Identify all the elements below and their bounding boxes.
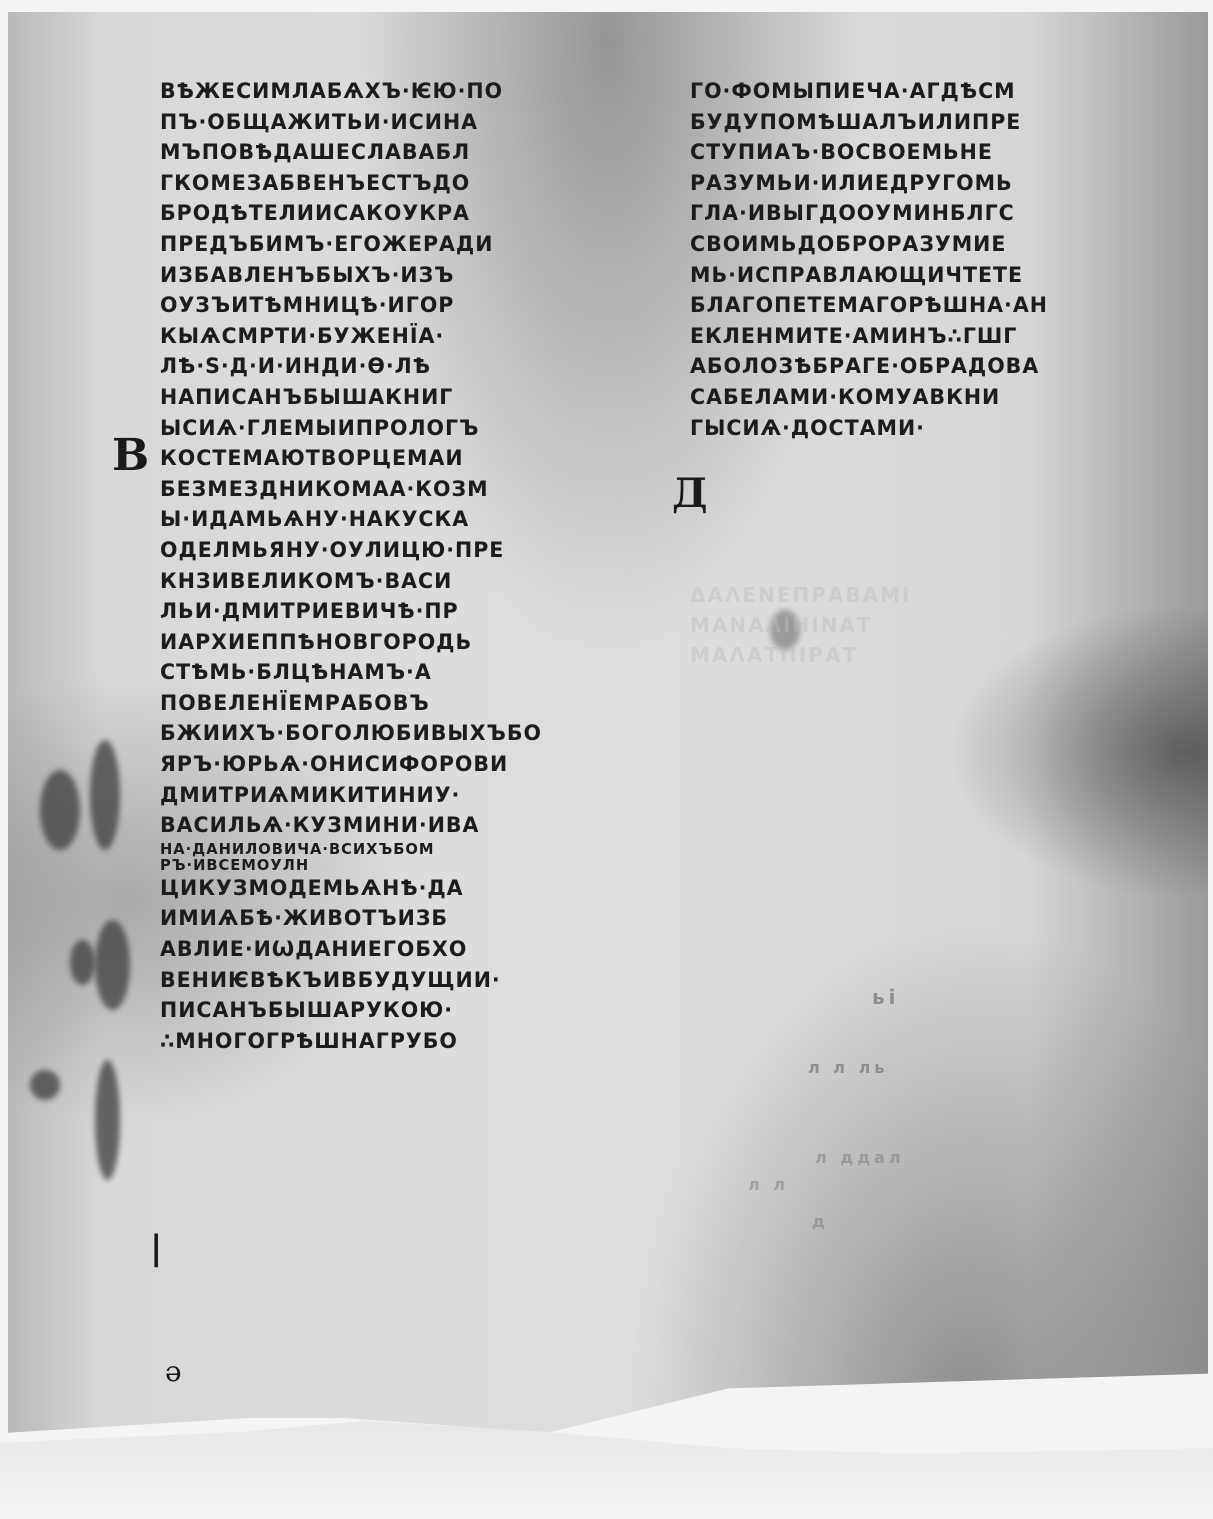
text-line: писанъбышарукою· — [160, 995, 630, 1026]
text-line: ∴многогрѣшнагрубо — [160, 1026, 630, 1057]
text-line: го·фомыпиеча·агдѣсм — [690, 76, 1160, 107]
text-line: разумьи·илиедругомь — [690, 168, 1160, 199]
text-line: васильѧ·кузмини·ива — [160, 810, 630, 841]
leaf-bottom-edge — [0, 1410, 1213, 1519]
text-line: гысиѧ·достами· — [690, 413, 1160, 444]
text-line: пъ·общажитьи·исина — [160, 107, 630, 138]
text-line: яръ·юрьѧ·онисифорови — [160, 749, 630, 780]
right-text-column: го·фомыпиеча·агдѣсм будупомѣшалъилипре с… — [690, 76, 1170, 443]
margin-stain — [30, 1070, 60, 1100]
text-line: кнзивеликомъ·васи — [160, 566, 630, 597]
text-line: вѣжесимлабѧхъ·ѥю·по — [160, 76, 630, 107]
text-line: иархиеппѣновгородь — [160, 627, 630, 658]
text-line: гла·ивыгдооуминблгс — [690, 198, 1160, 229]
faded-mark: л л ль — [808, 1058, 888, 1077]
margin-stain — [95, 920, 130, 1010]
margin-bar-mark: | — [150, 1228, 162, 1268]
text-line: дмитриѧмикитиниу· — [160, 780, 630, 811]
text-line: избавленъбыхъ·изъ — [160, 260, 630, 291]
bottom-margin-mark: ә — [165, 1355, 182, 1388]
text-line: костемаютворцемаи — [160, 443, 630, 474]
text-line: ы·идамьѧну·накуска — [160, 504, 630, 535]
text-line: екленмите·аминъ∴гшг — [690, 321, 1160, 352]
text-line: гкомезабвенъестъдо — [160, 168, 630, 199]
text-line: вениѥвѣкъивбудущии· — [160, 965, 630, 996]
text-line: сабелами·комуавкни — [690, 382, 1160, 413]
text-line: своимьдоброразумие — [690, 229, 1160, 260]
margin-stain — [70, 940, 95, 985]
text-line: имиѧбѣ·животъизб — [160, 903, 630, 934]
text-line: бжиихъ·боголюбивыхъбо — [160, 718, 630, 749]
faded-mark: д — [812, 1212, 829, 1231]
text-line: стѣмь·блцѣнамъ·а — [160, 657, 630, 688]
text-line: льи·дмитриевичѣ·пр — [160, 596, 630, 627]
text-line: ысиѧ·глемыипрологъ — [160, 413, 630, 444]
faded-mark: ьі — [872, 985, 900, 1009]
left-text-column: вѣжесимлабѧхъ·ѥю·по пъ·общажитьи·исина м… — [160, 76, 640, 1056]
faded-mark: л л — [748, 1175, 789, 1194]
text-line: ступиаъ·восвоемьне — [690, 137, 1160, 168]
text-line: аболозѣбраге·обрадова — [690, 351, 1160, 382]
margin-stain — [90, 740, 120, 850]
text-line: бродѣтелиисакоукра — [160, 198, 630, 229]
faded-mark: л ддал — [815, 1148, 905, 1167]
text-line: будупомѣшалъилипре — [690, 107, 1160, 138]
text-line: мь·исправлающичтете — [690, 260, 1160, 291]
text-line: цикузмодемьѧнѣ·да — [160, 873, 630, 904]
interlinear-line: на·даниловича·всихъбом — [160, 841, 630, 857]
interlinear-line: ръ·ивсемоулн — [160, 857, 630, 873]
margin-stain — [40, 770, 80, 850]
text-line: лѣ·ѕ·д·и·инди·ѳ·лѣ — [160, 351, 630, 382]
text-line: повеленїемрабовъ — [160, 688, 630, 719]
text-line: авлие·иѡданиегобхо — [160, 934, 630, 965]
text-line: безмездникомаа·козм — [160, 474, 630, 505]
text-line: благопетемагорѣшна·ан — [690, 290, 1160, 321]
faded-underwriting: ΔΑΛΕΝΕΠΡΑΒΑΜΙ ΜΑΝΑΛΙΗΙΝΑΤ ΜΑΛΑΤΙΙΙΡΑΤ — [690, 580, 1170, 670]
text-line: кыѧсмрти·буженїа· — [160, 321, 630, 352]
initial-letter-d: Д — [672, 470, 708, 517]
text-line: оузъитѣмницѣ·игор — [160, 290, 630, 321]
initial-letter-v: В — [112, 430, 149, 481]
text-line: написанъбышакниг — [160, 382, 630, 413]
margin-stain — [95, 1060, 120, 1180]
text-line: оделмьяну·оулицю·пре — [160, 535, 630, 566]
text-line: предъбимъ·егожеради — [160, 229, 630, 260]
text-line: мъповѣдашеславабл — [160, 137, 630, 168]
